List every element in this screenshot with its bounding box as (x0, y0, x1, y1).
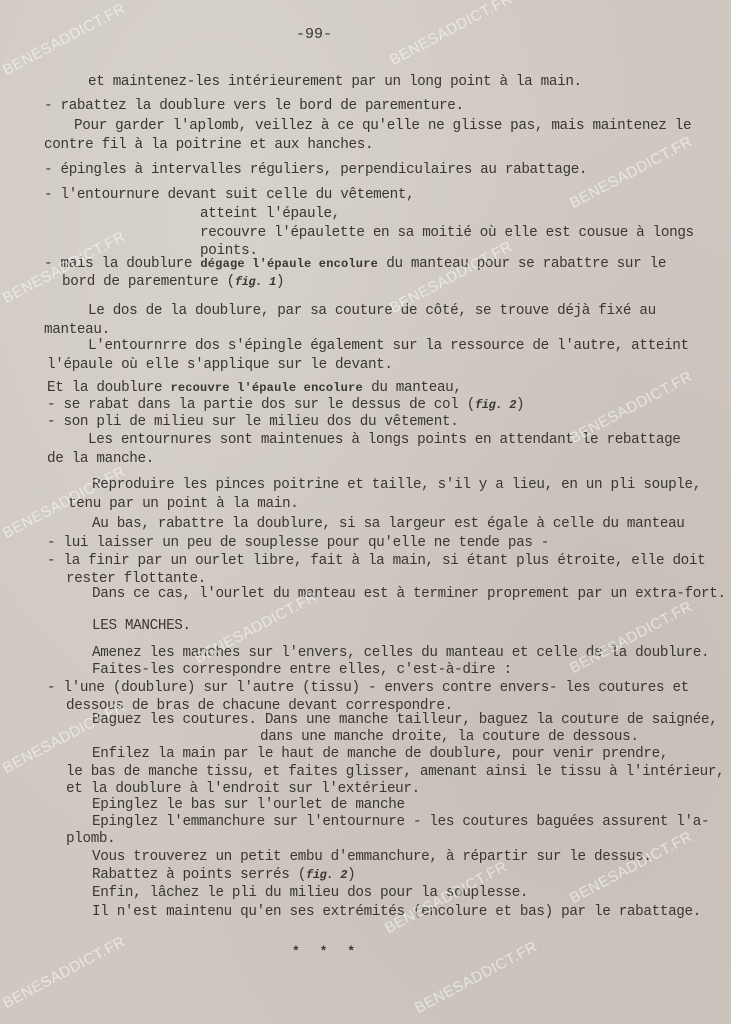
line-text: Faites-les correspondre entre elles, c'e… (92, 662, 512, 678)
text-line: - lui laisser un peu de souplesse pour q… (47, 534, 549, 552)
emphasis-text: dégage l'épaule encolure (200, 257, 378, 271)
text-line: - la finir par un ourlet libre, fait à l… (47, 552, 705, 570)
text-line: tenu par un point à la main. (68, 495, 298, 513)
line-text: ) (276, 274, 284, 290)
line-text: - la finir par un ourlet libre, fait à l… (47, 553, 705, 569)
text-line: et maintenez-les intérieurement par un l… (88, 73, 582, 91)
watermark-text: BENESADDICT.FR (412, 938, 540, 1017)
watermark-text: BENESADDICT.FR (0, 933, 128, 1012)
figure-reference: fig. 1 (235, 275, 276, 289)
text-line: recouvre l'épaulette en sa moitié où ell… (200, 224, 694, 242)
line-text: tenu par un point à la main. (68, 496, 298, 512)
document-page: -99- et maintenez-les intérieurement par… (0, 0, 731, 1024)
watermark-text: BENESADDICT.FR (387, 0, 515, 69)
text-line: plomb. (66, 830, 115, 848)
text-line: Baguez les coutures. Dans une manche tai… (92, 711, 717, 729)
line-text: Vous trouverez un petit embu d'emmanchur… (92, 849, 652, 865)
text-line: bord de parementure (fig. 1) (62, 273, 284, 291)
line-text: du manteau pour se rabattre sur le (378, 256, 666, 272)
text-line: - épingles à intervalles réguliers, perp… (44, 161, 587, 179)
line-text: Epinglez le bas sur l'ourlet de manche (92, 797, 405, 813)
text-line: Enfin, lâchez le pli du milieu dos pour … (92, 884, 528, 902)
line-text: et maintenez-les intérieurement par un l… (88, 74, 582, 90)
line-text: Et la doublure (47, 380, 170, 396)
line-text: Enfin, lâchez le pli du milieu dos pour … (92, 885, 528, 901)
line-text: l'épaule où elle s'applique sur le devan… (47, 357, 393, 373)
text-line: Epinglez l'emmanchure sur l'entournure -… (92, 813, 709, 831)
line-text: Dans ce cas, l'ourlet du manteau est à t… (92, 586, 726, 602)
text-line: le bas de manche tissu, et faites glisse… (66, 763, 724, 781)
line-text: manteau. (44, 322, 110, 338)
text-line: - rabattez la doublure vers le bord de p… (44, 97, 464, 115)
line-text: Il n'est maintenu qu'en ses extrémités (… (92, 904, 701, 920)
line-text: Baguez les coutures. Dans une manche tai… (92, 712, 717, 728)
figure-reference: fig. 2 (306, 868, 347, 882)
text-line: Enfilez la main par le haut de manche de… (92, 745, 668, 763)
text-line: contre fil à la poitrine et aux hanches. (44, 136, 373, 154)
line-text: plomb. (66, 831, 115, 847)
line-text: le bas de manche tissu, et faites glisse… (66, 764, 724, 780)
line-text: ) (347, 867, 355, 883)
text-line: Amenez les manches sur l'envers, celles … (92, 644, 709, 662)
text-line: Reproduire les pinces poitrine et taille… (92, 476, 701, 494)
line-text: bord de parementure ( (62, 274, 235, 290)
line-text: - rabattez la doublure vers le bord de p… (44, 98, 464, 114)
line-text: Le dos de la doublure, par sa couture de… (88, 303, 656, 319)
text-line: Le dos de la doublure, par sa couture de… (88, 302, 656, 320)
text-line: Pour garder l'aplomb, veillez à ce qu'el… (74, 117, 691, 135)
line-text: de la manche. (47, 451, 154, 467)
text-line: Faites-les correspondre entre elles, c'e… (92, 661, 512, 679)
line-text: - mais la doublure (44, 256, 200, 272)
line-text: - l'une (doublure) sur l'autre (tissu) -… (47, 680, 689, 696)
text-line: - se rabat dans la partie dos sur le des… (47, 396, 524, 414)
text-line: L'entournrre dos s'épingle également sur… (88, 337, 689, 355)
line-text: contre fil à la poitrine et aux hanches. (44, 137, 373, 153)
watermark-text: BENESADDICT.FR (567, 828, 695, 907)
line-text: - son pli de milieu sur le milieu dos du… (47, 414, 458, 430)
line-text: Les entournures sont maintenues à longs … (88, 432, 681, 448)
text-line: - l'une (doublure) sur l'autre (tissu) -… (47, 679, 689, 697)
line-text: LES MANCHES. (92, 618, 191, 634)
line-text: et la doublure à l'endroit sur l'extérie… (66, 781, 420, 797)
line-text: - lui laisser un peu de souplesse pour q… (47, 535, 549, 551)
line-text: Pour garder l'aplomb, veillez à ce qu'el… (74, 118, 691, 134)
line-text: Au bas, rabattre la doublure, si sa larg… (92, 516, 685, 532)
text-line: l'épaule où elle s'applique sur le devan… (47, 356, 393, 374)
text-line: Au bas, rabattre la doublure, si sa larg… (92, 515, 685, 533)
text-line: atteint l'épaule, (200, 205, 340, 223)
watermark-text: BENESADDICT.FR (0, 0, 128, 79)
line-text: L'entournrre dos s'épingle également sur… (88, 338, 689, 354)
line-text: Reproduire les pinces poitrine et taille… (92, 477, 701, 493)
line-text: recouvre l'épaulette en sa moitié où ell… (200, 225, 694, 241)
line-text: Amenez les manches sur l'envers, celles … (92, 645, 709, 661)
line-text: - se rabat dans la partie dos sur le des… (47, 397, 475, 413)
text-line: Les entournures sont maintenues à longs … (88, 431, 681, 449)
section-end-mark: * * * (292, 944, 361, 959)
text-line: - mais la doublure dégage l'épaule encol… (44, 255, 666, 273)
figure-reference: fig. 2 (475, 398, 516, 412)
line-text: Enfilez la main par le haut de manche de… (92, 746, 668, 762)
text-line: Et la doublure recouvre l'épaule encolur… (47, 379, 462, 397)
text-line: dans une manche droite, la couture de de… (260, 728, 639, 746)
text-line: Dans ce cas, l'ourlet du manteau est à t… (92, 585, 726, 603)
text-line: de la manche. (47, 450, 154, 468)
text-line: LES MANCHES. (92, 617, 191, 635)
line-text: dans une manche droite, la couture de de… (260, 729, 639, 745)
text-line: Il n'est maintenu qu'en ses extrémités (… (92, 903, 701, 921)
text-line: Epinglez le bas sur l'ourlet de manche (92, 796, 405, 814)
line-text: - l'entournure devant suit celle du vête… (44, 187, 414, 203)
line-text: - épingles à intervalles réguliers, perp… (44, 162, 587, 178)
page-number: -99- (296, 26, 332, 43)
line-text: Rabattez à points serrés ( (92, 867, 306, 883)
line-text: ) (516, 397, 524, 413)
watermark-text: BENESADDICT.FR (567, 598, 695, 677)
line-text: Epinglez l'emmanchure sur l'entournure -… (92, 814, 709, 830)
emphasis-text: recouvre l'épaule encolure (170, 381, 362, 395)
text-line: Vous trouverez un petit embu d'emmanchur… (92, 848, 652, 866)
text-line: - l'entournure devant suit celle du vête… (44, 186, 414, 204)
text-line: - son pli de milieu sur le milieu dos du… (47, 413, 458, 431)
line-text: atteint l'épaule, (200, 206, 340, 222)
line-text: du manteau, (363, 380, 462, 396)
text-line: Rabattez à points serrés (fig. 2) (92, 866, 355, 884)
